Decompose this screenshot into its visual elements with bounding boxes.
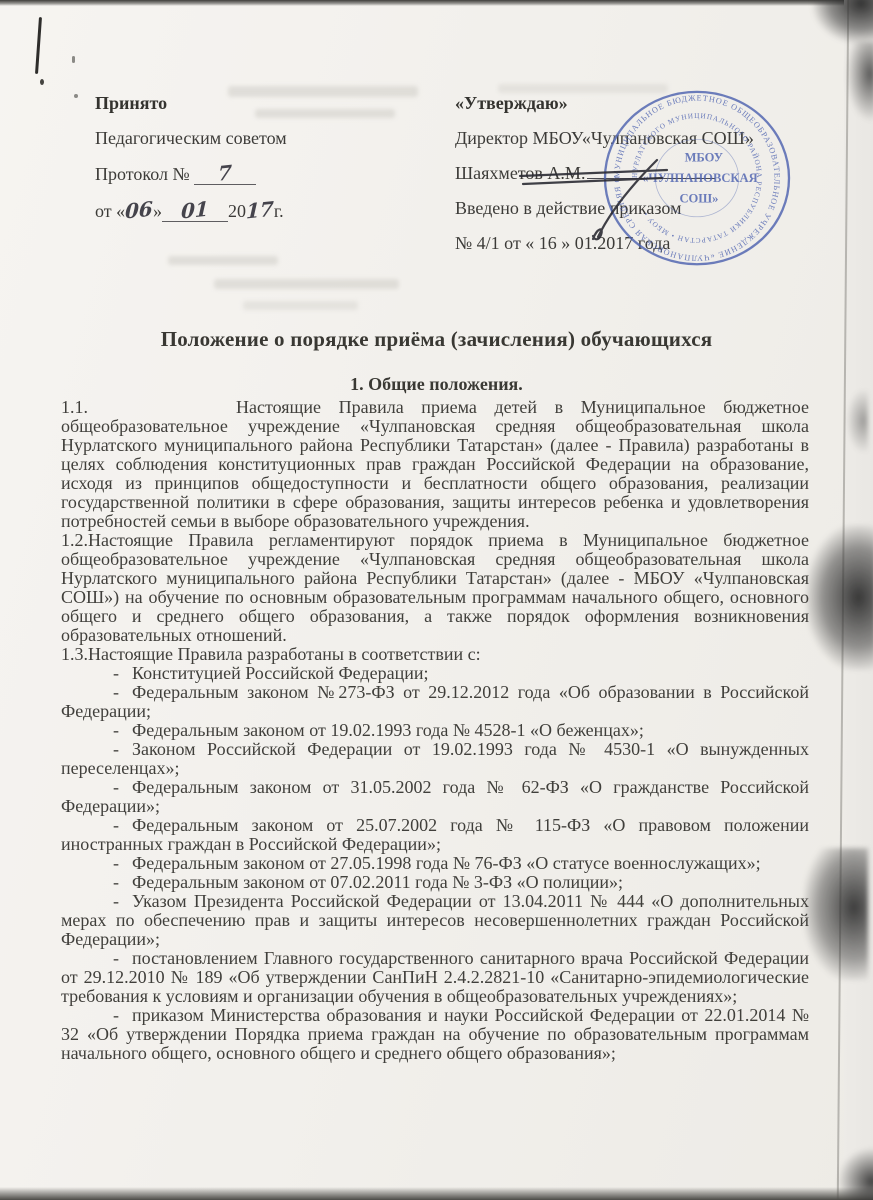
date-closing-quote: »	[153, 201, 162, 221]
document-title: Положение о порядке приёма (зачисления) …	[0, 327, 873, 352]
council-line: Педагогическим советом	[95, 128, 425, 148]
scan-smudge	[846, 42, 873, 122]
list-item-text: Федеральным законом от 31.05.2002 года №…	[61, 777, 809, 816]
bleed-through-mark	[243, 301, 358, 310]
scan-smudge	[804, 848, 868, 980]
accepted-block: Принято Педагогическим советом Протокол …	[95, 93, 425, 237]
list-dash: -	[113, 739, 119, 759]
list-item: -Федеральным законом от 27.05.1998 года …	[61, 854, 809, 873]
list-item: -Федеральным законом от 31.05.2002 года …	[61, 778, 809, 816]
list-item: -Конституцией Российской Федерации;	[61, 664, 809, 683]
list-item-text: приказом Министерства образования и наук…	[61, 1005, 809, 1063]
scan-smudge	[806, 525, 873, 670]
list-item: -Федеральным законом от 07.02.2011 года …	[61, 873, 809, 892]
year-printed: 20	[228, 201, 246, 221]
list-item-text: Федеральным законом от 07.02.2011 года №…	[132, 872, 623, 892]
director-signature	[505, 140, 715, 250]
pen-mark	[72, 56, 75, 63]
pen-mark	[74, 94, 78, 98]
list-item: -постановлением Главного государственног…	[61, 949, 809, 1006]
handwritten-protocol-number: 7	[218, 162, 233, 184]
protocol-line: Протокол № 7	[95, 163, 425, 185]
list-item-text: постановлением Главного государственного…	[61, 948, 809, 1006]
month-field: 01	[162, 200, 228, 222]
scan-edge-top	[0, 0, 873, 6]
list-item-text: Конституцией Российской Федерации;	[132, 663, 428, 683]
list-dash: -	[113, 872, 119, 892]
staple-mark	[35, 17, 42, 74]
list-item-text: Указом Президента Российской Федерации о…	[61, 891, 809, 949]
list-item-text: Законом Российской Федерации от 19.02.19…	[61, 739, 809, 778]
handwritten-month: 01	[181, 198, 209, 221]
list-dash: -	[113, 777, 119, 797]
staple-mark-dot	[40, 79, 44, 85]
list-item: -Указом Президента Российской Федерации …	[61, 892, 809, 949]
list-item-text: Федеральным законом от 27.05.1998 года №…	[132, 853, 761, 873]
list-item-text: Федеральным законом №273-ФЗ от 29.12.201…	[61, 682, 809, 721]
list-dash: -	[113, 853, 119, 873]
list-item: -Федеральным законом от 25.07.2002 года …	[61, 816, 809, 854]
accepted-label: Принято	[95, 93, 425, 113]
scan-smudge	[846, 388, 868, 454]
list-dash: -	[113, 720, 119, 740]
section-heading: 1. Общие положения.	[0, 374, 873, 395]
scan-edge-bottom	[0, 1187, 873, 1200]
paragraph-1-2: 1.2.Настоящие Правила регламентируют пор…	[61, 531, 809, 645]
bleed-through-mark	[214, 279, 399, 289]
paragraph-text: Настоящие Правила приема детей в Муницип…	[61, 397, 809, 531]
list-dash: -	[113, 891, 119, 911]
date-prefix: от «	[95, 201, 125, 221]
paragraph-number: 1.1.	[61, 398, 88, 417]
list-dash: -	[113, 815, 119, 835]
bleed-through-mark	[168, 256, 278, 265]
list-dash: -	[113, 682, 119, 702]
scan-smudge	[812, 0, 873, 44]
paragraph-1-1: 1.1.Настоящие Правила приема детей в Мун…	[61, 398, 809, 531]
scan-smudge	[838, 1148, 873, 1200]
handwritten-day: 06	[125, 198, 153, 221]
list-item: -Федеральным законом №273-ФЗ от 29.12.20…	[61, 683, 809, 721]
list-dash: -	[113, 1005, 119, 1025]
list-dash: -	[113, 663, 119, 683]
list-item: -Федеральным законом от 19.02.1993 года …	[61, 721, 809, 740]
list-dash: -	[113, 948, 119, 968]
date-line: от «06»012017г.	[95, 200, 425, 222]
year-suffix: г.	[274, 201, 284, 221]
list-item: -приказом Министерства образования и нау…	[61, 1006, 809, 1063]
protocol-label: Протокол №	[95, 164, 190, 184]
scanned-document-page: Принято Педагогическим советом Протокол …	[0, 0, 873, 1200]
list-item-text: Федеральным законом от 19.02.1993 года №…	[132, 720, 644, 740]
handwritten-year: 17	[246, 198, 274, 221]
list-item: -Законом Российской Федерации от 19.02.1…	[61, 740, 809, 778]
paragraph-1-3: 1.3.Настоящие Правила разработаны в соот…	[61, 645, 809, 664]
document-body: 1.1.Настоящие Правила приема детей в Мун…	[61, 398, 809, 1063]
list-item-text: Федеральным законом от 25.07.2002 года №…	[61, 815, 809, 854]
protocol-number-field: 7	[194, 163, 256, 185]
